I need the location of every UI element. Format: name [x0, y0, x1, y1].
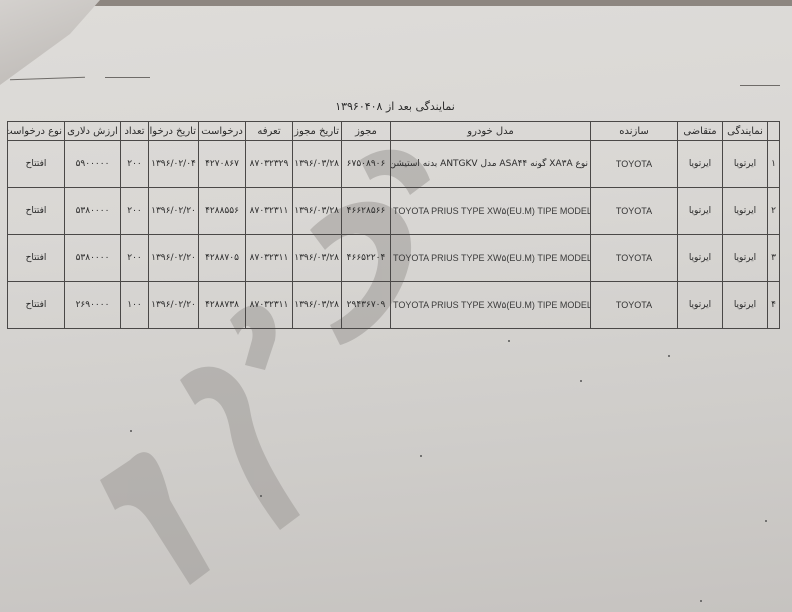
header-tariff: تعرفه — [246, 122, 293, 141]
cell-applicant: ایرتویا — [678, 235, 723, 282]
cell-applicant: ایرتویا — [678, 141, 723, 188]
header-request-date: تاریخ درخواست — [149, 122, 199, 141]
header-request: درخواست — [199, 122, 246, 141]
table-row: ۲ ایرتویا ایرتویا TOYOTA TOYOTA PRIUS TY… — [8, 188, 780, 235]
cell-permit: ۴۶۶۵۲۲۰۴ — [342, 235, 391, 282]
header-model: مدل خودرو — [391, 122, 591, 141]
cell-dollar-value: ۵۹۰۰۰۰۰ — [65, 141, 121, 188]
paper-top-edge — [0, 0, 792, 6]
cell-request-date: ۱۳۹۶/۰۲/۲۰ — [149, 188, 199, 235]
dashed-line — [10, 77, 85, 81]
cell-maker: TOYOTA — [591, 282, 678, 329]
cell-tariff: ۸۷۰۳۲۳۱۱ — [246, 235, 293, 282]
header-agency: نمایندگی — [723, 122, 768, 141]
header-permit-date: تاریخ مجوز — [293, 122, 342, 141]
cell-maker: TOYOTA — [591, 235, 678, 282]
dashed-line — [105, 77, 150, 78]
cell-model: TOYOTA PRIUS TYPE XW۵(EU.M) TIPE MODEL A… — [391, 188, 591, 235]
table-row: ۳ ایرتویا ایرتویا TOYOTA TOYOTA PRIUS TY… — [8, 235, 780, 282]
cell-index: ۲ — [768, 188, 780, 235]
dashed-line — [740, 85, 780, 86]
cell-model: نوع XA۳A گونه ASA۴۴ مدل ANTGKV بدنه استی… — [391, 141, 591, 188]
document-title: نمایندگی بعد از ۱۳۹۶۰۴۰۸ — [300, 100, 490, 113]
header-quantity: تعداد — [121, 122, 149, 141]
cell-request-type: افتتاح — [8, 141, 65, 188]
cell-quantity: ۲۰۰ — [121, 141, 149, 188]
cell-maker: TOYOTA — [591, 141, 678, 188]
cell-permit: ۴۶۶۲۸۵۶۶ — [342, 188, 391, 235]
cell-permit: ۲۹۴۳۶۷۰۹ — [342, 282, 391, 329]
cell-dollar-value: ۲۶۹۰۰۰۰ — [65, 282, 121, 329]
cell-index: ۴ — [768, 282, 780, 329]
cell-quantity: ۲۰۰ — [121, 188, 149, 235]
cell-index: ۳ — [768, 235, 780, 282]
cell-quantity: ۱۰۰ — [121, 282, 149, 329]
header-maker: سازنده — [591, 122, 678, 141]
cell-index: ۱ — [768, 141, 780, 188]
cell-permit-date: ۱۳۹۶/۰۳/۲۸ — [293, 282, 342, 329]
cell-request: ۴۲۷۰۸۶۷ — [199, 141, 246, 188]
table-row: ۴ ایرتویا ایرتویا TOYOTA TOYOTA PRIUS TY… — [8, 282, 780, 329]
cell-permit-date: ۱۳۹۶/۰۳/۲۸ — [293, 188, 342, 235]
header-dollar-value: ارزش دلاری — [65, 122, 121, 141]
table-row: ۱ ایرتویا ایرتویا TOYOTA نوع XA۳A گونه A… — [8, 141, 780, 188]
cell-permit-date: ۱۳۹۶/۰۳/۲۸ — [293, 235, 342, 282]
cell-permit-date: ۱۳۹۶/۰۳/۲۸ — [293, 141, 342, 188]
cell-tariff: ۸۷۰۳۲۳۲۹ — [246, 141, 293, 188]
cell-maker: TOYOTA — [591, 188, 678, 235]
header-index — [768, 122, 780, 141]
header-request-type: نوع درخواست — [8, 122, 65, 141]
cell-dollar-value: ۵۳۸۰۰۰۰ — [65, 235, 121, 282]
cell-request-type: افتتاح — [8, 235, 65, 282]
cell-model: TOYOTA PRIUS TYPE XW۵(EU.M) TIPE MODEL A… — [391, 235, 591, 282]
paper-fold — [0, 0, 100, 85]
cell-request: ۴۲۸۸۵۵۶ — [199, 188, 246, 235]
cell-dollar-value: ۵۳۸۰۰۰۰ — [65, 188, 121, 235]
cell-tariff: ۸۷۰۳۲۳۱۱ — [246, 282, 293, 329]
cell-request: ۴۲۸۸۷۰۵ — [199, 235, 246, 282]
header-permit: مجوز — [342, 122, 391, 141]
cell-tariff: ۸۷۰۳۲۳۱۱ — [246, 188, 293, 235]
cell-request-date: ۱۳۹۶/۰۲/۰۴ — [149, 141, 199, 188]
cell-agency: ایرتویا — [723, 235, 768, 282]
permits-table: نمایندگی متقاضی سازنده مدل خودرو مجوز تا… — [7, 121, 780, 329]
cell-agency: ایرتویا — [723, 188, 768, 235]
header-applicant: متقاضی — [678, 122, 723, 141]
cell-agency: ایرتویا — [723, 141, 768, 188]
cell-request-type: افتتاح — [8, 188, 65, 235]
cell-permit: ۶۷۵۰۸۹۰۶ — [342, 141, 391, 188]
cell-model: TOYOTA PRIUS TYPE XW۵(EU.M) TIPE MODEL A… — [391, 282, 591, 329]
cell-request-type: افتتاح — [8, 282, 65, 329]
cell-agency: ایرتویا — [723, 282, 768, 329]
cell-quantity: ۲۰۰ — [121, 235, 149, 282]
table-header-row: نمایندگی متقاضی سازنده مدل خودرو مجوز تا… — [8, 122, 780, 141]
cell-request: ۴۲۸۸۷۳۸ — [199, 282, 246, 329]
paper-sheet: نمایندگی بعد از ۱۳۹۶۰۴۰۸ نمایندگی متقاضی… — [0, 0, 792, 612]
cell-request-date: ۱۳۹۶/۰۲/۲۰ — [149, 235, 199, 282]
cell-applicant: ایرتویا — [678, 282, 723, 329]
cell-applicant: ایرتویا — [678, 188, 723, 235]
cell-request-date: ۱۳۹۶/۰۲/۲۰ — [149, 282, 199, 329]
